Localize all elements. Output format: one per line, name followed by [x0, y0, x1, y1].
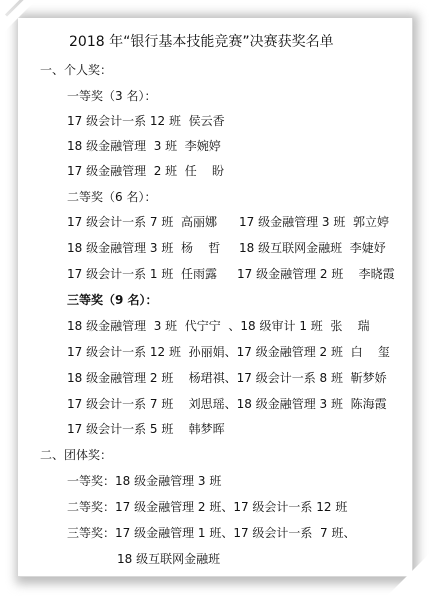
team-award-line: 18 级互联网金融班 [117, 551, 220, 567]
winner-line: 17 级会计一系 1 班 任雨露 [67, 266, 217, 282]
page-curl-bottom-right [374, 551, 432, 609]
winner-line: 17 级会计一系 5 班 韩梦晖 [67, 421, 225, 437]
winner-line: 17 级会计一系 7 班 高丽娜 [67, 214, 217, 230]
winner-line: 17 级会计一系 7 班 刘思瑶、18 级金融管理 3 班 陈海霞 [67, 396, 387, 412]
second-prize-label: 二等奖（6 名）： [67, 189, 156, 205]
winner-line: 17 级金融管理 2 班 李晓霞 [237, 266, 395, 282]
winner-line: 17 级金融管理 3 班 郭立婷 [239, 214, 389, 230]
winner-line: 17 级金融管理 2 班 任 盼 [67, 163, 224, 179]
section-individual-heading: 一、个人奖： [40, 62, 112, 78]
winner-line: 17 级会计一系 12 班 侯云香 [67, 113, 225, 129]
first-prize-label: 一等奖（3 名）： [67, 88, 156, 104]
winner-line: 17 级会计一系 12 班 孙丽娟、17 级金融管理 2 班 白 玺 [67, 344, 390, 360]
winner-line: 18 级金融管理 3 班 代宁宁 、18 级审计 1 班 张 瑞 [67, 318, 370, 334]
winner-line: 18 级金融管理 3 班 杨 哲 [67, 240, 220, 256]
team-award-line: 二等奖：17 级金融管理 2 班、17 级会计一系 12 班 [67, 499, 347, 515]
document-title: 2018 年“银行基本技能竞赛”决赛获奖名单 [69, 34, 334, 50]
team-award-line: 一等奖：18 级金融管理 3 班 [67, 473, 221, 489]
team-award-line: 三等奖：17 级金融管理 1 班、17 级会计一系 7 班、 [67, 525, 356, 541]
winner-line: 18 级金融管理 3 班 李婉婷 [67, 138, 221, 154]
third-prize-label: 三等奖（9 名）： [67, 292, 158, 308]
section-team-heading: 二、团体奖： [40, 447, 112, 463]
winner-line: 18 级金融管理 2 班 杨珺祺、17 级会计一系 8 班 靳梦娇 [67, 370, 387, 386]
winner-line: 18 级互联网金融班 李婕妤 [239, 240, 386, 256]
